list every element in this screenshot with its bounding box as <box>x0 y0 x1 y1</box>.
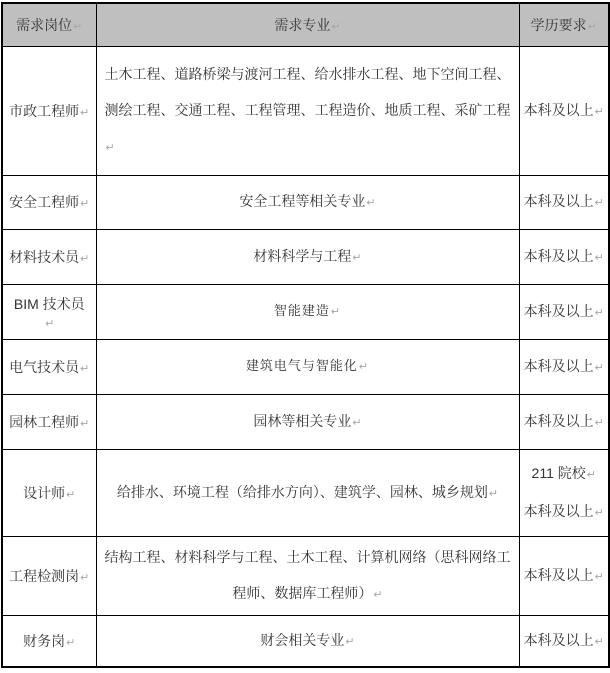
table-row: 材料技术员↵材料科学与工程↵本科及以上↵ <box>2 229 609 284</box>
table-header: 需求岗位↵ 需求专业↵ 学历要求↵ <box>2 3 609 46</box>
position-cell: 材料技术员↵ <box>2 229 96 284</box>
position-label: 安全工程师 <box>9 194 79 210</box>
return-mark: ↵ <box>594 362 604 374</box>
return-mark: ↵ <box>594 636 604 648</box>
return-mark: ↵ <box>594 571 604 583</box>
header-education: 学历要求↵ <box>519 3 609 46</box>
major-label: 材料科学与工程 <box>253 248 351 264</box>
position-label: 园林工程师 <box>9 414 79 430</box>
table-row: 安全工程师↵安全工程等相关专业↵本科及以上↵ <box>2 175 609 229</box>
header-major: 需求专业↵ <box>96 3 519 46</box>
education-cell: 211 院校↵本科及以上↵ <box>519 449 609 536</box>
return-mark: ↵ <box>79 198 89 210</box>
return-mark: ↵ <box>594 106 604 118</box>
return-mark: ↵ <box>330 306 341 318</box>
return-mark: ↵ <box>79 253 89 265</box>
education-label: 本科及以上 <box>524 413 594 429</box>
return-mark: ↵ <box>365 197 375 209</box>
return-mark: ↵ <box>351 252 361 264</box>
return-mark: ↵ <box>372 589 382 601</box>
education-cell: 本科及以上↵ <box>519 46 609 175</box>
return-mark: ↵ <box>105 142 115 154</box>
table-row: 园林工程师↵园林等相关专业↵本科及以上↵ <box>2 394 609 449</box>
return-mark: ↵ <box>79 107 89 119</box>
return-mark: ↵ <box>594 252 604 264</box>
education-label: 本科及以上 <box>524 303 594 319</box>
return-mark: ↵ <box>330 21 340 33</box>
education-label: 211 院校 <box>532 465 586 481</box>
major-cell: 土木工程、道路桥梁与渡河工程、给水排水工程、地下空间工程、测绘工程、交通工程、工… <box>96 46 519 175</box>
position-label: 工程检测岗 <box>9 568 79 584</box>
position-cell: 电气技术员↵ <box>2 339 96 394</box>
header-position: 需求岗位↵ <box>2 3 96 46</box>
education-line: 本科及以上↵ <box>522 403 607 441</box>
table-row: 工程检测岗↵结构工程、材料科学与工程、土木工程、计算机网络（思科网络工程师、数据… <box>2 536 609 615</box>
table-row: 市政工程师↵土木工程、道路桥梁与渡河工程、给水排水工程、地下空间工程、测绘工程、… <box>2 46 609 175</box>
major-label: 给排水、环境工程（给排水方向）、建筑学、园林、城乡规划 <box>117 484 488 500</box>
table-body: 市政工程师↵土木工程、道路桥梁与渡河工程、给水排水工程、地下空间工程、测绘工程、… <box>2 46 609 667</box>
education-line: 本科及以上↵ <box>522 348 607 386</box>
return-mark: ↵ <box>488 488 498 500</box>
major-cell: 给排水、环境工程（给排水方向）、建筑学、园林、城乡规划↵ <box>96 449 519 536</box>
return-mark: ↵ <box>594 417 604 429</box>
table-row: 财务岗↵财会相关专业↵本科及以上↵ <box>2 615 609 667</box>
major-label: 结构工程、材料科学与工程、土木工程、计算机网络（思科网络工程师、数据库工程师） <box>105 549 511 601</box>
education-cell: 本科及以上↵ <box>519 229 609 284</box>
education-label: 本科及以上 <box>524 248 594 264</box>
major-label: 智能建造 <box>274 303 330 318</box>
position-cell: BIM 技术员↵ <box>2 284 96 339</box>
header-major-label: 需求专业 <box>274 17 330 33</box>
return-mark: ↵ <box>344 636 354 648</box>
position-label: 材料技术员 <box>9 249 79 265</box>
education-label: 本科及以上 <box>524 102 594 118</box>
return-mark: ↵ <box>587 21 597 33</box>
education-cell: 本科及以上↵ <box>519 615 609 667</box>
education-cell: 本科及以上↵ <box>519 394 609 449</box>
education-line: 本科及以上↵ <box>522 493 607 531</box>
position-cell: 设计师↵ <box>2 449 96 536</box>
table-row: 设计师↵给排水、环境工程（给排水方向）、建筑学、园林、城乡规划↵211 院校↵本… <box>2 449 609 536</box>
document-page: 需求岗位↵ 需求专业↵ 学历要求↵ 市政工程师↵土木工程、道路桥梁与渡河工程、给… <box>0 0 610 673</box>
return-mark: ↵ <box>358 361 369 373</box>
return-mark: ↵ <box>79 363 89 375</box>
education-line: 本科及以上↵ <box>522 557 607 595</box>
return-mark: ↵ <box>594 307 604 319</box>
education-line: 211 院校↵ <box>522 455 607 493</box>
education-line: 本科及以上↵ <box>522 238 607 276</box>
major-cell: 建筑电气与智能化↵ <box>96 339 519 394</box>
table-row: BIM 技术员↵智能建造↵本科及以上↵ <box>2 284 609 339</box>
return-mark: ↵ <box>594 507 604 519</box>
education-label: 本科及以上 <box>524 567 594 583</box>
return-mark: ↵ <box>586 469 596 481</box>
major-cell: 财会相关专业↵ <box>96 615 519 667</box>
major-cell: 园林等相关专业↵ <box>96 394 519 449</box>
education-line: 本科及以上↵ <box>522 183 607 221</box>
position-label: 市政工程师 <box>9 103 79 119</box>
return-mark: ↵ <box>65 489 75 501</box>
education-line: 本科及以上↵ <box>522 92 607 130</box>
education-cell: 本科及以上↵ <box>519 339 609 394</box>
return-mark: ↵ <box>79 418 89 430</box>
return-mark: ↵ <box>65 637 75 649</box>
education-label: 本科及以上 <box>524 358 594 374</box>
position-cell: 财务岗↵ <box>2 615 96 667</box>
table-row: 电气技术员↵建筑电气与智能化↵本科及以上↵ <box>2 339 609 394</box>
major-label: 建筑电气与智能化 <box>246 358 358 373</box>
position-label: 设计师 <box>23 485 65 501</box>
education-label: 本科及以上 <box>524 193 594 209</box>
major-label: 安全工程等相关专业 <box>239 193 365 209</box>
major-label: 园林等相关专业 <box>253 413 351 429</box>
header-education-label: 学历要求 <box>531 17 587 33</box>
header-position-label: 需求岗位 <box>16 17 72 33</box>
major-cell: 结构工程、材料科学与工程、土木工程、计算机网络（思科网络工程师、数据库工程师）↵ <box>96 536 519 615</box>
major-cell: 安全工程等相关专业↵ <box>96 175 519 229</box>
position-cell: 工程检测岗↵ <box>2 536 96 615</box>
recruitment-requirements-table: 需求岗位↵ 需求专业↵ 学历要求↵ 市政工程师↵土木工程、道路桥梁与渡河工程、给… <box>1 2 610 668</box>
education-line: 本科及以上↵ <box>522 622 607 660</box>
education-cell: 本科及以上↵ <box>519 284 609 339</box>
major-label: 土木工程、道路桥梁与渡河工程、给水排水工程、地下空间工程、测绘工程、交通工程、工… <box>105 66 511 118</box>
position-cell: 园林工程师↵ <box>2 394 96 449</box>
major-label: 财会相关专业 <box>260 632 344 648</box>
return-mark: ↵ <box>594 197 604 209</box>
header-row: 需求岗位↵ 需求专业↵ 学历要求↵ <box>2 3 609 46</box>
return-mark: ↵ <box>44 318 54 330</box>
return-mark: ↵ <box>79 572 89 584</box>
education-label: 本科及以上 <box>524 503 594 519</box>
education-label: 本科及以上 <box>524 632 594 648</box>
education-cell: 本科及以上↵ <box>519 175 609 229</box>
major-cell: 材料科学与工程↵ <box>96 229 519 284</box>
return-mark: ↵ <box>72 21 82 33</box>
education-cell: 本科及以上↵ <box>519 536 609 615</box>
education-line: 本科及以上↵ <box>522 293 607 331</box>
position-label: 电气技术员 <box>9 359 79 375</box>
position-cell: 安全工程师↵ <box>2 175 96 229</box>
position-label: BIM 技术员 <box>14 296 85 312</box>
position-cell: 市政工程师↵ <box>2 46 96 175</box>
position-label: 财务岗 <box>23 633 65 649</box>
return-mark: ↵ <box>351 417 361 429</box>
major-cell: 智能建造↵ <box>96 284 519 339</box>
